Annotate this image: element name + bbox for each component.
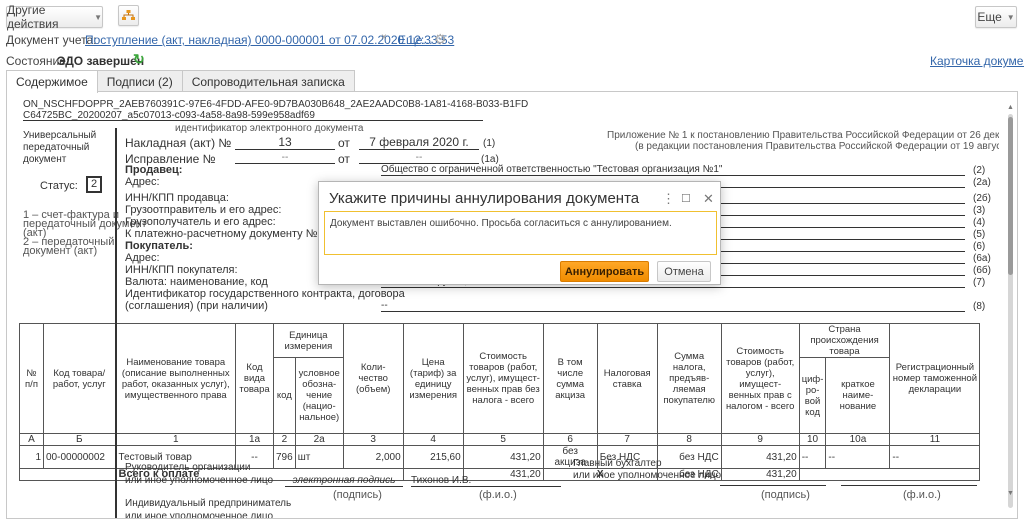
- col-header-country: Страна происхождения товара: [799, 324, 890, 358]
- field-label: Покупатель:: [125, 240, 193, 252]
- column-number: 9: [721, 434, 799, 446]
- status-note-5: документ (акт): [23, 245, 97, 257]
- signature-divider: [115, 447, 117, 519]
- accountant-name-line: [841, 485, 977, 486]
- col-header-unit-code: код: [274, 358, 296, 434]
- cell-unit-code: 796: [274, 446, 296, 469]
- column-number: 5: [463, 434, 543, 446]
- col-header-cost-with-tax: Стоимость товаров (работ, услуг), имущес…: [721, 324, 799, 434]
- column-number: 1: [116, 434, 236, 446]
- head-signature: электронная подпись: [285, 475, 403, 487]
- col-header-unit-name: условное обозна- чение (нацио- нальное): [295, 358, 343, 434]
- more-link[interactable]: Еще...: [398, 33, 432, 47]
- total-cost-with-tax: 431,20: [721, 469, 799, 481]
- column-number: 8: [657, 434, 721, 446]
- invoice-number: 13: [235, 135, 335, 150]
- scroll-down-arrow[interactable]: ▼: [1007, 490, 1014, 497]
- column-number: 4: [403, 434, 463, 446]
- cell-customs: --: [890, 446, 980, 469]
- accountant-label-1: Главный бухгалтер: [573, 458, 662, 469]
- more-options-icon[interactable]: ⋮: [662, 191, 675, 207]
- field-label-cont: (соглашения) (при наличии): [125, 300, 268, 312]
- accountant-sign-caption: (подпись): [761, 489, 810, 501]
- more-button[interactable]: Еще ▼: [975, 6, 1017, 28]
- cell-qty: 2,000: [343, 446, 403, 469]
- cell-country-name: --: [826, 446, 890, 469]
- col-header-no: № п/п: [20, 324, 44, 434]
- cancel-button[interactable]: Отмена: [657, 261, 711, 282]
- col-header-country-code: циф- ро- вой код: [799, 358, 826, 434]
- accountant-name-caption: (ф.и.о.): [903, 489, 941, 501]
- cell-cost-no-tax: 431,20: [463, 446, 543, 469]
- cell-no: 1: [20, 446, 44, 469]
- col-header-kind: Код вида товара: [236, 324, 274, 434]
- col-header-price: Цена (тариф) за единицу измерения: [403, 324, 463, 434]
- col-header-tax-rate: Налоговая ставка: [597, 324, 657, 434]
- refresh-icon[interactable]: ↻: [133, 51, 145, 68]
- doc-id-line-1: ON_NSCHFDOPPR_2AEB760391C-97E6-4FDD-AFE0…: [23, 99, 528, 110]
- accountant-sign-line: [720, 485, 826, 486]
- ip-label-1: Индивидуальный предприниматель: [125, 498, 291, 509]
- cell-unit-name: шт: [295, 446, 343, 469]
- invoice-code: (1): [483, 138, 495, 149]
- field-value: Общество с ограниченной ответственностью…: [381, 165, 965, 176]
- col-header-tax-sum: Сумма налога, предъяв- ляемая покупателю: [657, 324, 721, 434]
- field-label: ИНН/КПП покупателя:: [125, 264, 238, 276]
- id-underline: [23, 120, 483, 121]
- column-number: 11: [890, 434, 980, 446]
- field-code: (6а): [973, 253, 991, 264]
- invoice-label: Накладная (акт) №: [125, 136, 231, 150]
- doc-type-line-3: документ: [23, 154, 66, 165]
- col-header-code: Код товара/ работ, услуг: [44, 324, 116, 434]
- field-label: Идентификатор государственного контракта…: [125, 288, 405, 300]
- doc-type-line-1: Универсальный: [23, 130, 96, 141]
- scrollbar-thumb[interactable]: [1008, 117, 1013, 275]
- column-number: А: [20, 434, 44, 446]
- head-label-2: или иное уполномоченное лицо: [125, 475, 273, 486]
- appendix-line-2: (в редакции постановления Правительства …: [635, 141, 999, 152]
- invoice-from-label: от: [338, 136, 350, 150]
- close-icon[interactable]: ✕: [703, 191, 714, 207]
- doc-id-caption: идентификатор электронного документа: [175, 123, 363, 134]
- cell-tax-sum: без НДС: [657, 446, 721, 469]
- head-label-1: Руководитель организации: [125, 462, 250, 473]
- field-label: К платежно-расчетному документу №: [125, 228, 318, 240]
- section-divider: [115, 128, 117, 324]
- field-code: (2б): [973, 193, 991, 204]
- head-sign-caption: (подпись): [333, 489, 382, 501]
- dialog-title: Укажите причины аннулирования документа: [329, 190, 639, 207]
- reason-textarea[interactable]: Документ выставлен ошибочно. Просьба сог…: [324, 211, 717, 255]
- col-header-excise: В том числе сумма акциза: [543, 324, 597, 434]
- gear-icon[interactable]: ⚙: [434, 31, 447, 48]
- content-panel: ON_NSCHFDOPPR_2AEB760391C-97E6-4FDD-AFE0…: [6, 91, 1018, 519]
- cancellation-reason-dialog: Укажите причины аннулирования документа …: [318, 181, 721, 285]
- head-name-caption: (ф.и.о.): [479, 489, 517, 501]
- field-label: Адрес:: [125, 252, 160, 264]
- field-label: Продавец:: [125, 164, 182, 176]
- field-code: (6): [973, 241, 985, 252]
- head-name: Тихонов И.В.: [411, 475, 561, 487]
- document-card-link[interactable]: Карточка документа: [930, 54, 1024, 68]
- more-label: Еще: [977, 10, 1001, 24]
- column-number: 6: [543, 434, 597, 446]
- invoice-date: 7 февраля 2020 г.: [359, 135, 479, 150]
- document-structure-button[interactable]: [118, 5, 139, 26]
- col-header-unit: Единица измерения: [274, 324, 344, 358]
- field-code: (8): [973, 301, 985, 312]
- tab-content[interactable]: Содержимое: [6, 70, 98, 93]
- annul-button[interactable]: Аннулировать: [560, 261, 649, 282]
- col-header-cost-no-tax: Стоимость товаров (работ, услуг), имущес…: [463, 324, 543, 434]
- column-numbers-row: АБ11а22а34567891010а11: [20, 434, 980, 446]
- field-label: ИНН/КПП продавца:: [125, 192, 229, 204]
- column-number: 2: [274, 434, 296, 446]
- field-code: (2а): [973, 177, 991, 188]
- tab-cover-note[interactable]: Сопроводительная записка: [182, 70, 355, 92]
- field-code: (3): [973, 205, 985, 216]
- accounting-document-label: Документ учета:: [6, 33, 96, 47]
- field-code: (6б): [973, 265, 991, 276]
- goods-table: № п/п Код товара/ работ, услуг Наименова…: [19, 323, 980, 481]
- cell-code: 00-00000002: [44, 446, 116, 469]
- correction-number: --: [235, 152, 335, 164]
- col-header-customs: Регистрационный номер таможенной деклара…: [890, 324, 980, 434]
- col-header-qty: Коли- чество (объем): [343, 324, 403, 434]
- column-number: 1а: [236, 434, 274, 446]
- field-code: (7): [973, 277, 985, 288]
- column-number: 7: [597, 434, 657, 446]
- field-label: Адрес:: [125, 176, 160, 188]
- field-code: (4): [973, 217, 985, 228]
- col-header-country-name: краткое наиме- нование: [826, 358, 890, 434]
- state-value: ЭДО завершен: [57, 54, 144, 68]
- column-number: 3: [343, 434, 403, 446]
- column-number: Б: [44, 434, 116, 446]
- accountant-label-2: или иное уполномоченное лицо: [573, 470, 721, 481]
- column-number: 2а: [295, 434, 343, 446]
- maximize-icon[interactable]: ☐: [681, 192, 691, 205]
- ip-label-2: или иное уполномоченное лицо: [125, 511, 273, 519]
- cell-cost-with-tax: 431,20: [721, 446, 799, 469]
- correction-from-label: от: [338, 152, 350, 166]
- doc-type-line-2: передаточный: [23, 142, 89, 153]
- field-code: (5): [973, 229, 985, 240]
- other-actions-label: Другие действия: [7, 3, 89, 31]
- status-label: Статус:: [40, 180, 78, 192]
- field-code: (2): [973, 165, 985, 176]
- column-number: 10: [799, 434, 826, 446]
- clear-icon[interactable]: ×: [381, 32, 387, 43]
- other-actions-button[interactable]: Другие действия ▼: [6, 6, 103, 28]
- tab-bar: Содержимое Подписи (2) Сопроводительная …: [6, 70, 354, 92]
- field-label: Валюта: наименование, код: [125, 276, 268, 288]
- appendix-line-1: Приложение № 1 к постановлению Правитель…: [607, 130, 999, 141]
- field-value: --: [381, 301, 965, 312]
- hierarchy-icon: [122, 10, 135, 21]
- status-box: 2: [86, 176, 102, 193]
- field-label: Грузополучатель и его адрес:: [125, 216, 276, 228]
- cell-country-code: --: [799, 446, 826, 469]
- scroll-up-arrow[interactable]: ▲: [1007, 104, 1014, 111]
- chevron-down-icon: ▼: [94, 13, 102, 22]
- column-number: 10а: [826, 434, 890, 446]
- field-label: Грузоотправитель и его адрес:: [125, 204, 281, 216]
- chevron-down-icon: ▼: [1007, 13, 1015, 22]
- tab-signatures[interactable]: Подписи (2): [97, 70, 183, 92]
- upd-document: ON_NSCHFDOPPR_2AEB760391C-97E6-4FDD-AFE0…: [7, 92, 999, 519]
- correction-date: --: [359, 152, 479, 164]
- col-header-name: Наименование товара (описание выполненны…: [116, 324, 236, 434]
- cell-price: 215,60: [403, 446, 463, 469]
